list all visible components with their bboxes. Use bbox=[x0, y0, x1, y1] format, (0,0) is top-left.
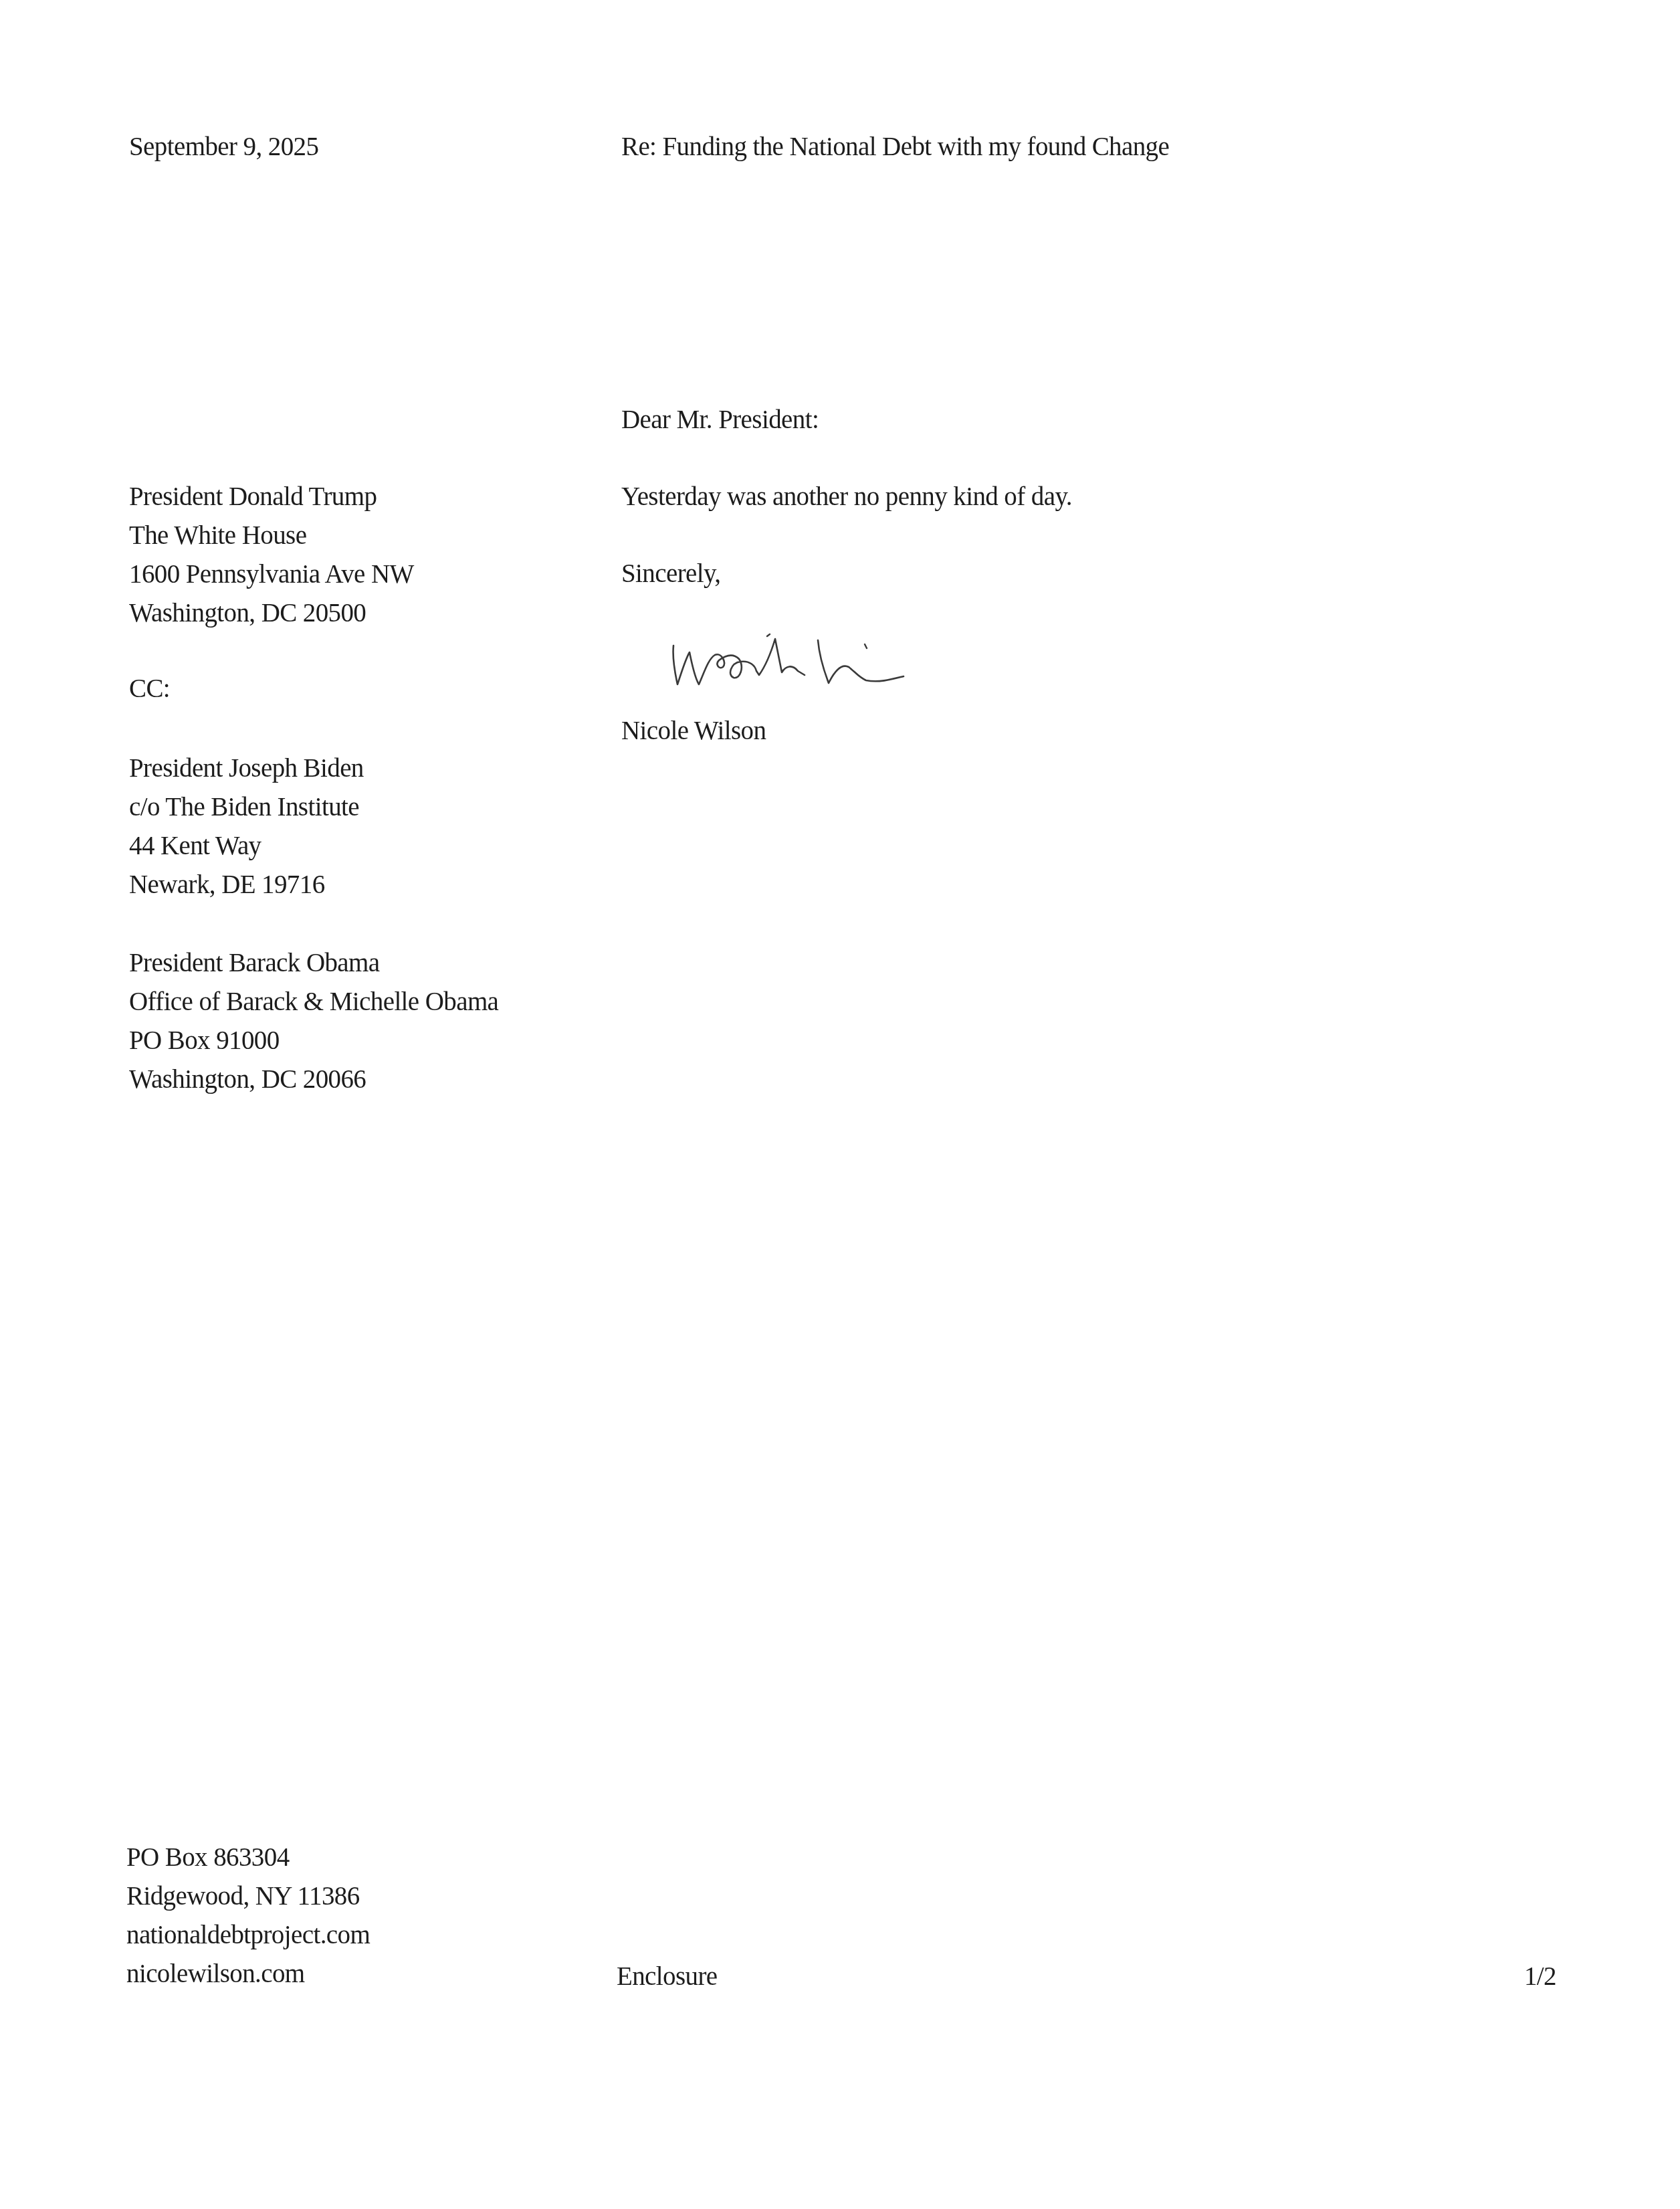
closing: Sincerely, bbox=[621, 555, 721, 593]
sender-website: nationaldebtproject.com bbox=[126, 1916, 370, 1955]
address-line: 1600 Pennsylvania Ave NW bbox=[129, 555, 414, 594]
cc-recipient-obama: President Barack Obama Office of Barack … bbox=[129, 944, 498, 1099]
cc-recipient-biden: President Joseph Biden c/o The Biden Ins… bbox=[129, 749, 364, 904]
address-line: President Joseph Biden bbox=[129, 749, 364, 788]
address-line: Office of Barack & Michelle Obama bbox=[129, 983, 498, 1022]
page-number: 1/2 bbox=[1524, 1957, 1556, 1996]
address-line: 44 Kent Way bbox=[129, 827, 364, 866]
cc-label: CC: bbox=[129, 670, 170, 708]
salutation: Dear Mr. President: bbox=[621, 401, 819, 440]
address-line: Newark, DE 19716 bbox=[129, 866, 364, 904]
address-line: President Barack Obama bbox=[129, 944, 498, 983]
letter-date: September 9, 2025 bbox=[129, 128, 318, 167]
address-line: President Donald Trump bbox=[129, 478, 414, 516]
recipient-address: President Donald Trump The White House 1… bbox=[129, 478, 414, 633]
address-line: PO Box 91000 bbox=[129, 1022, 498, 1060]
signer-name: Nicole Wilson bbox=[621, 712, 766, 751]
sender-line: PO Box 863304 bbox=[126, 1838, 370, 1877]
enclosure-note: Enclosure bbox=[617, 1957, 718, 1996]
address-line: The White House bbox=[129, 516, 414, 555]
letter-subject: Re: Funding the National Debt with my fo… bbox=[621, 128, 1169, 167]
sender-line: Ridgewood, NY 11386 bbox=[126, 1877, 370, 1916]
address-line: c/o The Biden Institute bbox=[129, 788, 364, 827]
address-line: Washington, DC 20500 bbox=[129, 594, 414, 633]
sender-website: nicolewilson.com bbox=[126, 1955, 370, 1994]
sender-address: PO Box 863304 Ridgewood, NY 11386 nation… bbox=[126, 1838, 370, 1994]
letter-message: Yesterday was another no penny kind of d… bbox=[621, 478, 1072, 516]
address-line: Washington, DC 20066 bbox=[129, 1060, 498, 1099]
signature-icon bbox=[665, 626, 980, 689]
